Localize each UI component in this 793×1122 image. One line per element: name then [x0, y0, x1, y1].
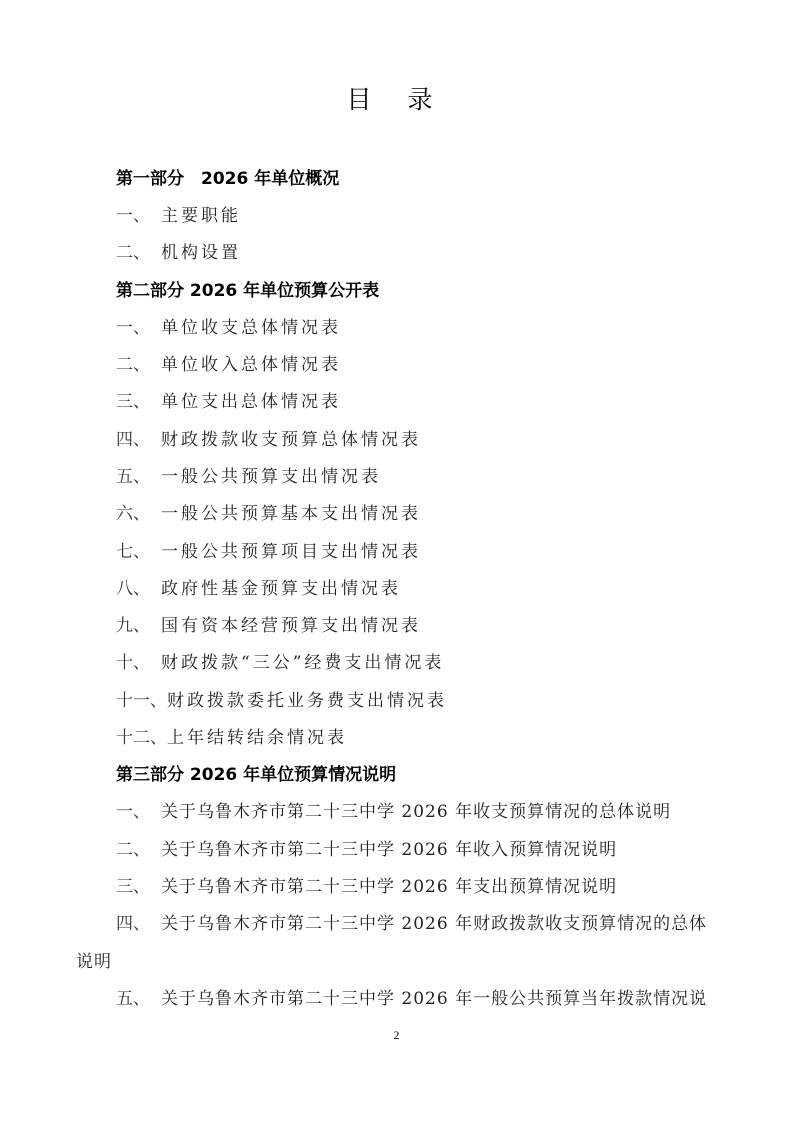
toc-item: 二、机构设置 [116, 242, 241, 264]
item-number: 二、 [116, 839, 161, 861]
item-text: 单位收入总体情况表 [161, 355, 341, 375]
item-text: 单位收支总体情况表 [161, 318, 341, 338]
item-number: 三、 [116, 876, 161, 898]
toc-item: 一、关于乌鲁木齐市第二十三中学 2026 年收支预算情况的总体说明 [116, 801, 671, 823]
item-text: 说明 [76, 952, 112, 972]
item-text: 机构设置 [161, 243, 241, 263]
page-title: 目 录 [0, 80, 793, 116]
page-number: 2 [0, 1028, 793, 1043]
item-text: 关于乌鲁木齐市第二十三中学 2026 年收支预算情况的总体说明 [161, 802, 671, 822]
item-text: 关于乌鲁木齐市第二十三中学 2026 年收入预算情况说明 [161, 840, 617, 860]
item-text: 财政拨款委托业务费支出情况表 [167, 691, 447, 711]
item-text: 财政拨款“三公”经费支出情况表 [161, 653, 444, 673]
toc-item: 二、关于乌鲁木齐市第二十三中学 2026 年收入预算情况说明 [116, 839, 617, 861]
toc-item: 十二、上年结转结余情况表 [116, 727, 347, 749]
item-text: 关于乌鲁木齐市第二十三中学 2026 年一般公共预算当年拨款情况说 [161, 989, 707, 1009]
item-text: 主要职能 [161, 206, 241, 226]
item-number: 八、 [116, 578, 161, 600]
toc-item-continuation: 说明 [76, 951, 112, 973]
part3-heading: 第三部分 2026 年单位预算情况说明 [116, 764, 396, 786]
item-number: 二、 [116, 354, 161, 376]
item-text: 财政拨款收支预算总体情况表 [161, 430, 421, 450]
item-number: 九、 [116, 615, 161, 637]
toc-item: 二、单位收入总体情况表 [116, 354, 341, 376]
toc-item: 四、关于乌鲁木齐市第二十三中学 2026 年财政拨款收支预算情况的总体 [116, 913, 707, 935]
toc-item: 六、一般公共预算基本支出情况表 [116, 503, 421, 525]
item-number: 五、 [116, 466, 161, 488]
toc-item: 九、国有资本经营预算支出情况表 [116, 615, 421, 637]
item-number: 一、 [116, 801, 161, 823]
item-text: 单位支出总体情况表 [161, 392, 341, 412]
toc-item: 一、单位收支总体情况表 [116, 317, 341, 339]
item-number: 四、 [116, 429, 161, 451]
item-text: 一般公共预算支出情况表 [161, 467, 381, 487]
item-number: 二、 [116, 242, 161, 264]
item-text: 关于乌鲁木齐市第二十三中学 2026 年财政拨款收支预算情况的总体 [161, 914, 707, 934]
item-text: 国有资本经营预算支出情况表 [161, 616, 421, 636]
item-text: 一般公共预算项目支出情况表 [161, 542, 421, 562]
item-text: 上年结转结余情况表 [167, 728, 347, 748]
item-number: 七、 [116, 541, 161, 563]
toc-item: 四、财政拨款收支预算总体情况表 [116, 429, 421, 451]
item-number: 十一、 [116, 690, 167, 712]
toc-item: 十、财政拨款“三公”经费支出情况表 [116, 652, 444, 674]
item-number: 十二、 [116, 727, 167, 749]
toc-item: 三、关于乌鲁木齐市第二十三中学 2026 年支出预算情况说明 [116, 876, 617, 898]
item-text: 关于乌鲁木齐市第二十三中学 2026 年支出预算情况说明 [161, 877, 617, 897]
toc-item: 三、单位支出总体情况表 [116, 391, 341, 413]
item-number: 四、 [116, 913, 161, 935]
toc-item: 五、关于乌鲁木齐市第二十三中学 2026 年一般公共预算当年拨款情况说 [116, 988, 707, 1010]
toc-item: 十一、财政拨款委托业务费支出情况表 [116, 690, 447, 712]
toc-item: 五、一般公共预算支出情况表 [116, 466, 381, 488]
toc-item: 八、政府性基金预算支出情况表 [116, 578, 401, 600]
item-number: 十、 [116, 652, 161, 674]
item-number: 六、 [116, 503, 161, 525]
item-number: 一、 [116, 317, 161, 339]
item-number: 一、 [116, 205, 161, 227]
item-text: 一般公共预算基本支出情况表 [161, 504, 421, 524]
part2-heading: 第二部分 2026 年单位预算公开表 [116, 280, 379, 302]
part1-heading: 第一部分 2026 年单位概况 [116, 168, 339, 190]
item-number: 五、 [116, 988, 161, 1010]
item-number: 三、 [116, 391, 161, 413]
toc-item: 一、主要职能 [116, 205, 241, 227]
toc-item: 七、一般公共预算项目支出情况表 [116, 541, 421, 563]
item-text: 政府性基金预算支出情况表 [161, 579, 401, 599]
